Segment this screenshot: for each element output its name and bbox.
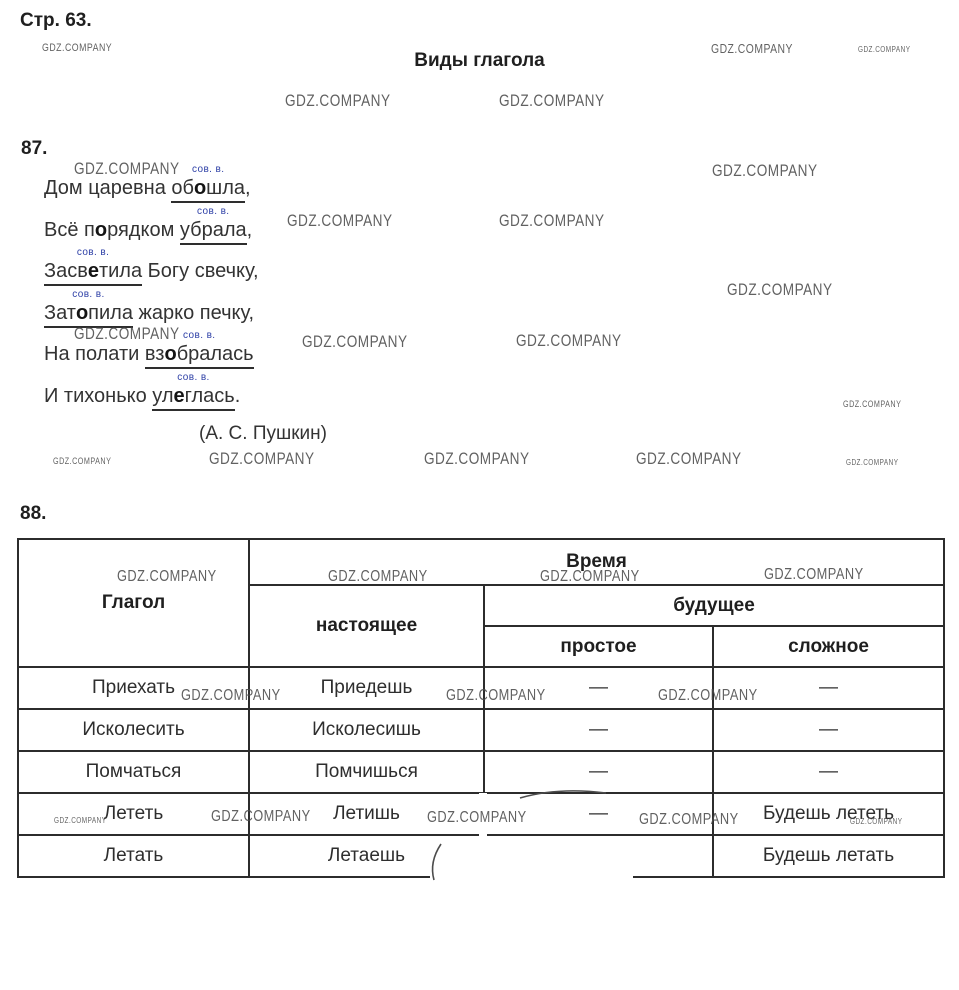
aspect-label: сов. в. [77,247,109,258]
header-present: настоящее [249,585,484,667]
poem-line: На полати сов. в.взобралась [44,343,259,367]
verb-tense-table: Глагол Время настоящее будущее простое с… [17,538,945,878]
watermark: GDZ.COMPANY [424,449,530,469]
watermark: GDZ.COMPANY [516,331,622,351]
watermark: GDZ.COMPANY [499,211,605,231]
aspect-label: сов. в. [192,164,224,175]
table-cell: Летать [18,835,249,877]
underlined-verb: сов. в.убрала [180,219,247,245]
watermark: GDZ.COMPANY [727,280,833,300]
table-body: ПриехатьПриедешь——ИсколеситьИсколесишь——… [18,667,944,877]
page-title: Виды глагола [0,50,959,72]
table-cell: — [713,751,944,793]
aspect-label: сов. в. [177,372,209,383]
poem-line: Всё порядком сов. в.убрала, [44,219,259,243]
poem-line: сов. в.Засветила Богу свечку, [44,260,259,284]
header-future: будущее [484,585,944,626]
aspect-label: сов. в. [197,206,229,217]
table-row: ЛетатьЛетаешьБудешь летать [18,835,944,877]
table-cell: Исколесишь [249,709,484,751]
table-cell: — [484,793,713,835]
table-cell: Помчишься [249,751,484,793]
table-cell: — [484,751,713,793]
watermark: GDZ.COMPANY [499,91,605,111]
header-future-simple: простое [484,626,713,667]
poem-attribution: (А. С. Пушкин) [199,423,327,445]
poem-line: И тихонько сов. в.улеглась. [44,385,259,409]
table-cell: — [484,709,713,751]
header-verb: Глагол [18,539,249,667]
table-row: ЛететьЛетишь—Будешь лететь [18,793,944,835]
watermark: GDZ.COMPANY [74,159,180,179]
aspect-label: сов. в. [183,330,215,341]
underlined-verb: сов. в.взобралась [145,343,254,369]
table-row: ПомчатьсяПомчишься—— [18,751,944,793]
underlined-verb: сов. в.обошла [171,177,245,203]
table-cell: Летишь [249,793,484,835]
table-cell [484,835,713,877]
table-cell: Приедешь [249,667,484,709]
watermark: GDZ.COMPANY [636,449,742,469]
watermark: GDZ.COMPANY [846,458,898,467]
table-cell: Исколесить [18,709,249,751]
watermark: GDZ.COMPANY [285,91,391,111]
watermark: GDZ.COMPANY [287,211,393,231]
underlined-verb: сов. в.улеглась [152,385,234,411]
page-number-label: Стр. 63. [20,10,92,32]
watermark: GDZ.COMPANY [53,456,111,466]
table-cell: Приехать [18,667,249,709]
table-cell: Летаешь [249,835,484,877]
table-cell: Лететь [18,793,249,835]
table-cell: Будешь летать [713,835,944,877]
table-cell: — [484,667,713,709]
table-cell: Будешь лететь [713,793,944,835]
watermark: GDZ.COMPANY [843,399,901,409]
exercise-87-number: 87. [21,138,47,160]
table-cell: Помчаться [18,751,249,793]
table-cell: — [713,667,944,709]
poem: Дом царевна сов. в.обошла,Всё порядком с… [44,177,259,426]
watermark: GDZ.COMPANY [302,332,408,352]
table-cell: — [713,709,944,751]
underlined-verb: сов. в.Засветила [44,260,142,286]
scanned-answer-page: Стр. 63. Виды глагола 87. Дом царевна со… [0,0,959,990]
exercise-88-number: 88. [20,503,46,525]
underlined-verb: сов. в.Затопила [44,302,133,328]
header-time: Время [249,539,944,585]
table-row: ИсколеситьИсколесишь—— [18,709,944,751]
watermark: GDZ.COMPANY [712,161,818,181]
poem-line: сов. в.Затопила жарко печку, [44,302,259,326]
watermark: GDZ.COMPANY [209,449,315,469]
table-row: ПриехатьПриедешь—— [18,667,944,709]
aspect-label: сов. в. [72,289,104,300]
header-future-compound: сложное [713,626,944,667]
poem-line: Дом царевна сов. в.обошла, [44,177,259,201]
